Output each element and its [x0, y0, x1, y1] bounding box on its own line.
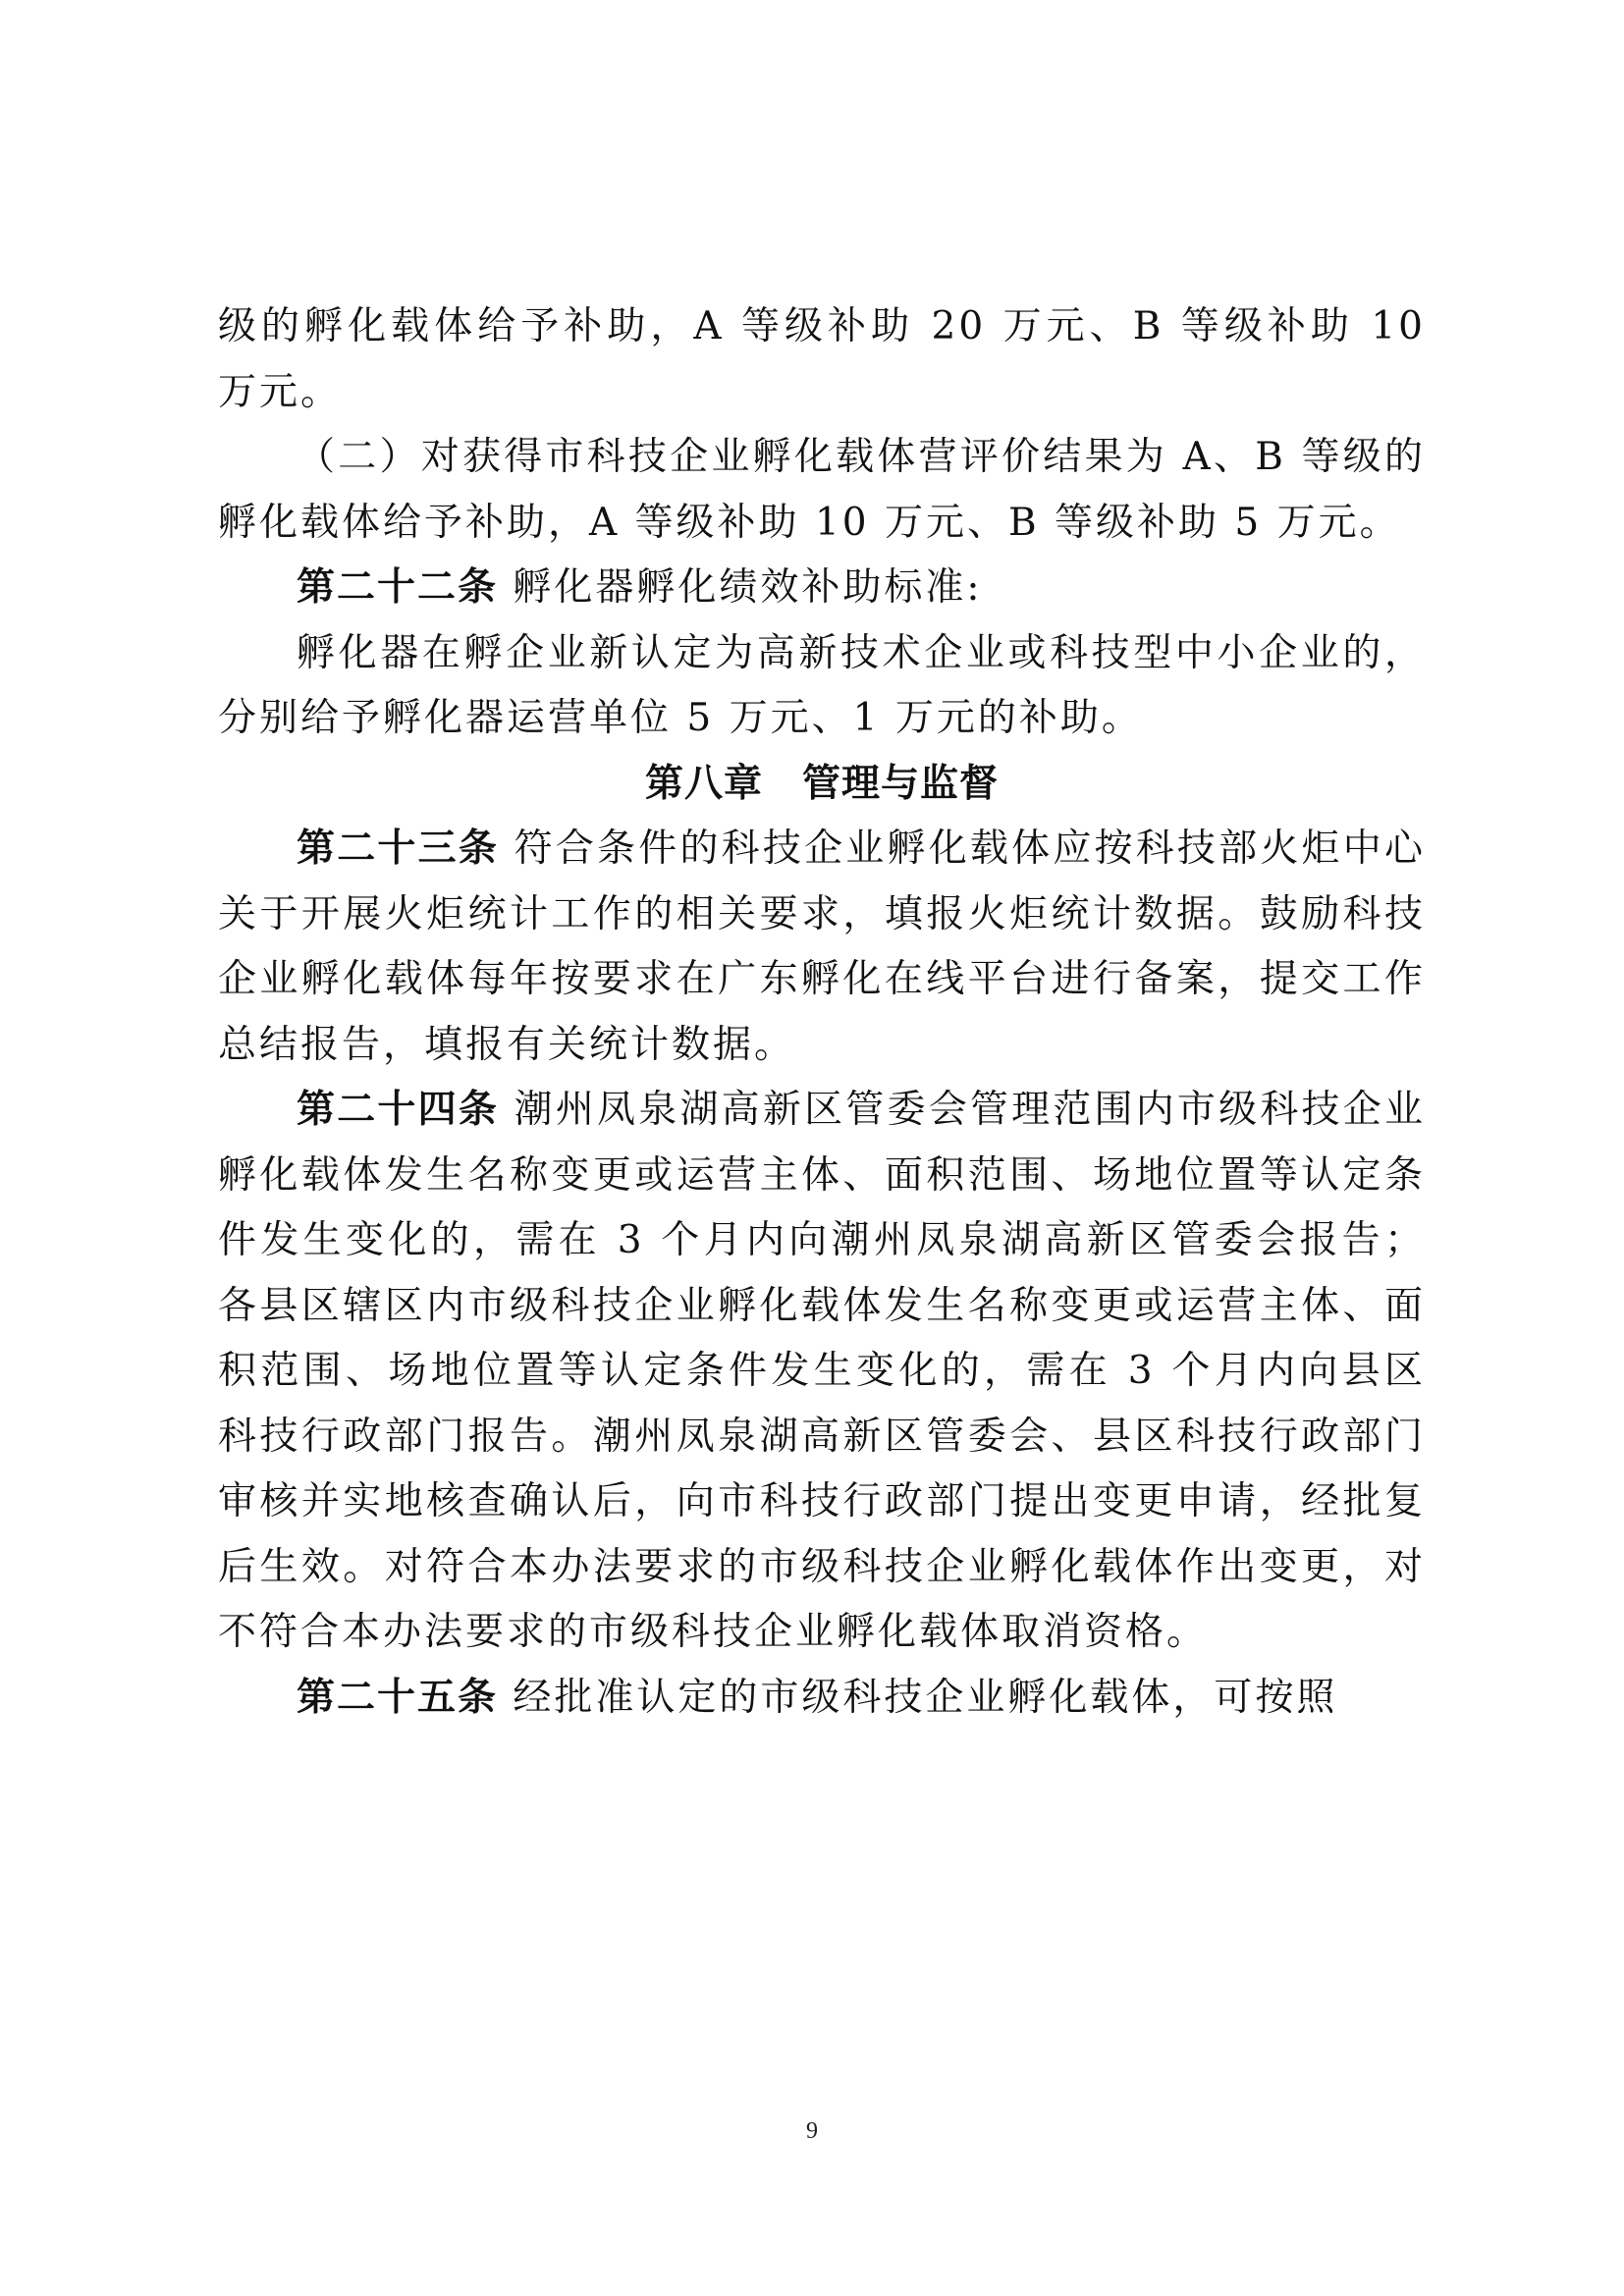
article-label: 第二十三条	[297, 827, 499, 871]
chapter-heading: 第八章 管理与监督	[218, 752, 1426, 818]
article-text: 孵化器孵化绩效补助标准:	[513, 565, 982, 610]
article-label: 第二十四条	[297, 1088, 499, 1132]
paragraph-continuation: 级的孵化载体给予补助，A 等级补助 20 万元、B 等级补助 10 万元。	[218, 294, 1426, 425]
article-22: 第二十二条 孵化器孵化绩效补助标准:	[218, 556, 1426, 621]
article-text: 潮州凤泉湖高新区管委会管理范围内市级科技企业孵化载体发生名称变更或运营主体、面积…	[218, 1088, 1426, 1654]
paragraph-body: 孵化器在孵企业新认定为高新技术企业或科技型中小企业的，分别给予孵化器运营单位 5…	[218, 621, 1426, 752]
article-label: 第二十二条	[297, 565, 498, 610]
article-24: 第二十四条 潮州凤泉湖高新区管委会管理范围内市级科技企业孵化载体发生名称变更或运…	[218, 1078, 1426, 1666]
article-label: 第二十五条	[297, 1676, 498, 1720]
page-number: 9	[0, 2118, 1624, 2145]
article-25: 第二十五条 经批准认定的市级科技企业孵化载体，可按照	[218, 1666, 1426, 1732]
article-text: 经批准认定的市级科技企业孵化载体，可按照	[513, 1676, 1337, 1720]
document-page-body: 级的孵化载体给予补助，A 等级补助 20 万元、B 等级补助 10 万元。 （二…	[218, 294, 1426, 1731]
paragraph-item-2: （二）对获得市科技企业孵化载体营评价结果为 A、B 等级的孵化载体给予补助，A …	[218, 425, 1426, 556]
article-23: 第二十三条 符合条件的科技企业孵化载体应按科技部火炬中心关于开展火炬统计工作的相…	[218, 817, 1426, 1078]
